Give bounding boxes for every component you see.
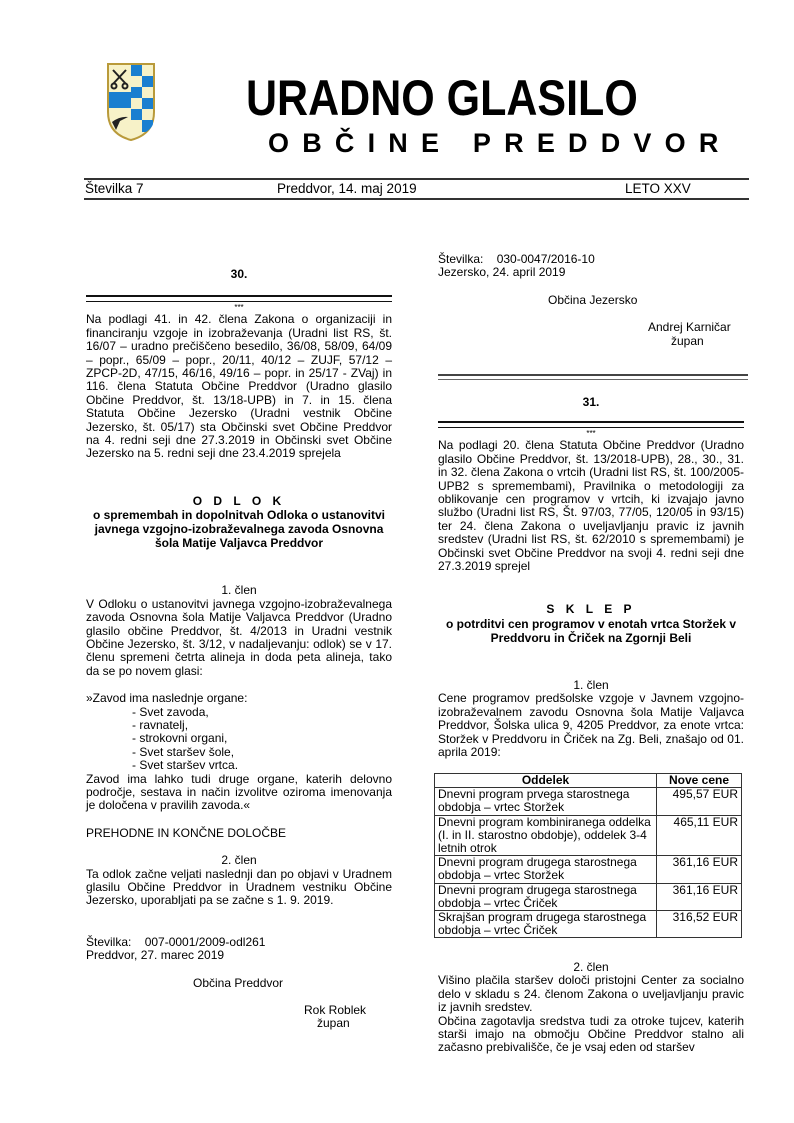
list-item: - Svet staršev šole, (132, 746, 392, 759)
document-type: O D L O K (86, 495, 392, 508)
article-divider (86, 295, 392, 302)
clen-1-text: Cene programov predšolske vzgoje v Javne… (438, 692, 744, 759)
article-preamble: Na podlagi 20. člena Statuta Občine Pred… (438, 439, 744, 573)
column-header-nove-cene: Nove cene (657, 774, 742, 788)
issue-place-date: Preddvor, 14. maj 2019 (277, 181, 417, 197)
stars-separator: *** (438, 430, 744, 438)
organs-list: - Svet zavoda, - ravnatelj, - strokovni … (86, 706, 392, 773)
table-row: Skrajšan program drugega starostnega obd… (435, 911, 742, 938)
article-30: 30. *** Na podlagi 41. in 42. člena Zako… (86, 268, 392, 1031)
list-item: - strokovni organi, (132, 732, 392, 745)
reference-number: Številka: 007-0001/2009-odl261 (86, 936, 392, 949)
signatory-title: župan (438, 335, 744, 348)
quote-intro: »Zavod ima naslednje organe: (86, 692, 392, 705)
article-31-clen-2: 2. člen Višino plačila staršev določi pr… (438, 961, 744, 1055)
reference-number: Številka: 030-0047/2016-10 (438, 253, 744, 266)
clen-2-heading: 2. člen (86, 854, 392, 867)
stars-separator: *** (86, 304, 392, 312)
article-31: 31. *** Na podlagi 20. člena Statuta Obč… (438, 396, 744, 759)
reference-place-date: Preddvor, 27. marec 2019 (86, 949, 392, 962)
table-row: Dnevni program kombiniranega oddelka (I.… (435, 815, 742, 856)
reference-place-date: Jezersko, 24. april 2019 (438, 266, 744, 279)
price-table: Oddelek Nove cene Dnevni program prvega … (434, 773, 742, 938)
cell-oddelek: Skrajšan program drugega starostnega obd… (435, 911, 657, 938)
clen-2-paragraph-1: Višino plačila staršev določi pristojni … (438, 974, 744, 1014)
column-header-oddelek: Oddelek (435, 774, 657, 788)
clen-1-heading: 1. člen (86, 584, 392, 597)
authority: Občina Jezersko (438, 294, 744, 307)
clen-1-text: V Odloku o ustanovitvi javnega vzgojno-i… (86, 598, 392, 678)
article-preamble: Na podlagi 41. in 42. člena Zakona o org… (86, 313, 392, 460)
cell-oddelek: Dnevni program drugega starostnega obdob… (435, 883, 657, 910)
cell-price: 465,11 EUR (657, 815, 742, 856)
document-title: o spremembah in dopolnitvah Odloka o ust… (86, 508, 392, 550)
clen-2-heading: 2. člen (438, 961, 744, 974)
article-divider (438, 421, 744, 428)
cell-oddelek: Dnevni program drugega starostnega obdob… (435, 856, 657, 883)
table-row: Dnevni program prvega starostnega obdobj… (435, 788, 742, 815)
signatory-title: župan (86, 1017, 392, 1030)
cell-price: 495,57 EUR (657, 788, 742, 815)
signatory-name: Andrej Karničar (438, 321, 744, 334)
header-rule-top (84, 178, 749, 180)
table-header-row: Oddelek Nove cene (435, 774, 742, 788)
publication-title: URADNO GLASILO (246, 70, 642, 126)
document-title: o potrditvi cen programov v enotah vrtca… (438, 617, 744, 645)
issue-year: LETO XXV (625, 181, 691, 197)
cell-oddelek: Dnevni program kombiniranega oddelka (I.… (435, 815, 657, 856)
list-item: - Svet staršev vrtca. (132, 759, 392, 772)
table-row: Dnevni program drugega starostnega obdob… (435, 856, 742, 883)
list-item: - ravnatelj, (132, 719, 392, 732)
cell-price: 316,52 EUR (657, 911, 742, 938)
cell-price: 361,16 EUR (657, 856, 742, 883)
article-number: 31. (438, 396, 744, 409)
list-item: - Svet zavoda, (132, 706, 392, 719)
clen-2-text: Ta odlok začne veljati naslednji dan po … (86, 868, 392, 908)
signatory-name: Rok Roblek (86, 1004, 392, 1017)
coat-of-arms-icon (106, 62, 156, 142)
cell-price: 361,16 EUR (657, 883, 742, 910)
cell-oddelek: Dnevni program prvega starostnega obdobj… (435, 788, 657, 815)
authority: Občina Preddvor (86, 977, 392, 990)
article-end-divider (438, 374, 748, 380)
article-30-jezersko-signature: Številka: 030-0047/2016-10 Jezersko, 24.… (438, 253, 744, 348)
clen-2-paragraph-2: Občina zagotavlja sredstva tudi za otrok… (438, 1015, 744, 1055)
publication-subtitle: OBČINE PREDDVOR (268, 128, 732, 158)
article-number: 30. (86, 268, 392, 281)
quote-end: Zavod ima lahko tudi druge organe, kater… (86, 773, 392, 813)
issue-number: Številka 7 (85, 181, 144, 197)
header-rule-bottom (84, 198, 749, 200)
section-heading: PREHODNE IN KONČNE DOLOČBE (86, 827, 392, 840)
table-row: Dnevni program drugega starostnega obdob… (435, 883, 742, 910)
clen-1-heading: 1. člen (438, 679, 744, 692)
document-type: S K L E P (438, 603, 744, 616)
